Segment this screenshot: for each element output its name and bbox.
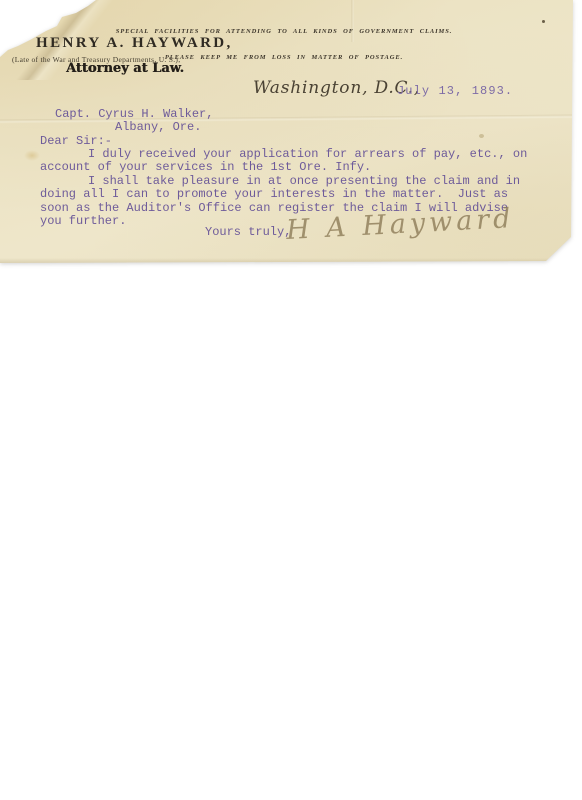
body-line: doing all I can to promote your interest… bbox=[40, 188, 545, 201]
body-line: account of your services in the 1st Ore.… bbox=[40, 161, 545, 174]
body-line: I duly received your application for arr… bbox=[40, 148, 545, 161]
letter-paper: SPECIAL FACILITIES FOR ATTENDING TO ALL … bbox=[0, 0, 582, 264]
dateline-date: July 13, 1893. bbox=[397, 84, 513, 98]
letter-scan: SPECIAL FACILITIES FOR ATTENDING TO ALL … bbox=[0, 0, 582, 800]
letterhead-name: HENRY A. HAYWARD, bbox=[36, 35, 233, 52]
recipient-city: Albany, Ore. bbox=[115, 120, 201, 134]
recipient-name: Capt. Cyrus H. Walker, bbox=[55, 107, 213, 121]
paper-smudge bbox=[479, 134, 484, 138]
dateline-place: Washington, D.C., bbox=[253, 78, 420, 98]
salutation: Dear Sir:- bbox=[40, 134, 112, 148]
letterhead-title: Attorney at Law. bbox=[58, 61, 192, 76]
paper-stain bbox=[24, 150, 40, 161]
closing: Yours truly, bbox=[205, 225, 291, 239]
body-line: I shall take pleasure in at once present… bbox=[40, 175, 545, 188]
